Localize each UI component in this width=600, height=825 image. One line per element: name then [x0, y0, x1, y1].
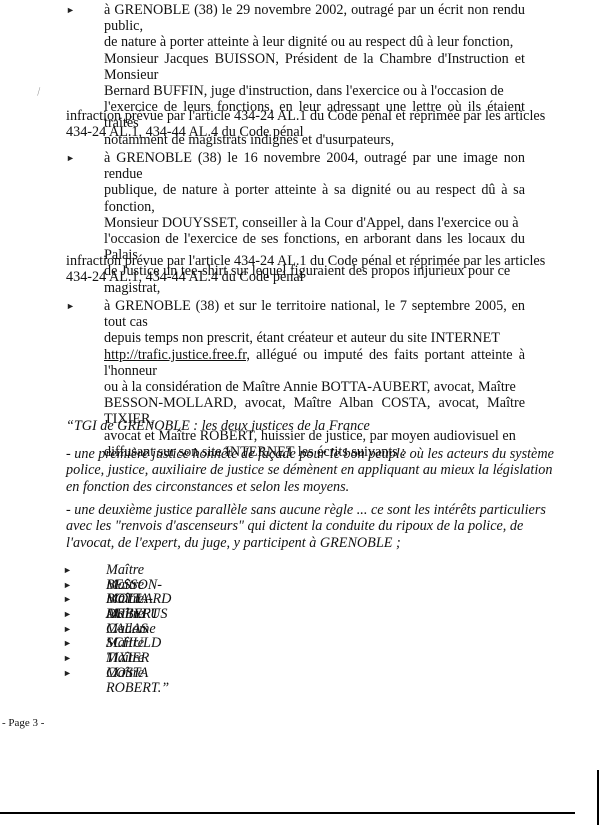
infraction-2-text: infraction prévue par l'article 434-24 A… — [66, 253, 545, 285]
quote-title: “TGI de GRENOBLE : les deux justices de … — [66, 418, 370, 434]
count-1-line: de nature à porter atteinte à leur digni… — [104, 34, 525, 50]
count-3-line: http://trafic.justice.free.fr, allégué o… — [104, 347, 525, 379]
infraction-2-line: infraction prévue par l'article 434-24 A… — [66, 253, 545, 269]
list-item: ►Maître TIXIER — [106, 636, 171, 651]
list-item: ►Maître COSTA — [106, 651, 171, 666]
count-1-line: Bernard BUFFIN, juge d'instruction, dans… — [104, 83, 525, 99]
infraction-1-line: infraction prévue par l'article 434-24 A… — [66, 108, 545, 124]
bullet-arrow-icon: ► — [63, 563, 72, 578]
count-2-line: à GRENOBLE (38) le 16 novembre 2004, out… — [104, 150, 525, 182]
bullet-arrow-icon: ► — [63, 592, 72, 607]
infraction-1-line: 434-24 AL.1, 434-44 AL.4 du Code pénal — [66, 124, 545, 140]
quote-paragraph-2: - une deuxième justice parallèle sans au… — [66, 502, 546, 551]
document-page: ► à GRENOBLE (38) le 29 novembre 2002, o… — [0, 0, 600, 825]
count-3-line: à GRENOBLE (38) et sur le territoire nat… — [104, 298, 525, 330]
quote-line: - une première justice honnête de façade… — [66, 446, 554, 462]
bullet-arrow-icon: ► — [66, 301, 75, 311]
count-1-line: à GRENOBLE (38) le 29 novembre 2002, out… — [104, 2, 525, 34]
infraction-2-line: 434-24 AL.1, 434-44 AL.4 du Code pénal — [66, 269, 545, 285]
list-item: ►Maître BESSON-MOLLARD — [106, 563, 171, 578]
bullet-arrow-icon: ► — [63, 666, 72, 681]
list-item-name: Maître ROBERT.” — [106, 665, 169, 696]
list-item: ►Maître DREYFUS — [106, 592, 171, 607]
quote-line: en fonction des circonstances et selon l… — [66, 479, 554, 495]
quote-line: l'avocat, de l'expert, du juge, y partic… — [66, 535, 546, 551]
bullet-arrow-icon: ► — [63, 636, 72, 651]
list-item: ►Maître ROBERT.” — [106, 666, 171, 681]
scan-artifact-mark: ⁄ — [36, 86, 42, 98]
list-item: ►Madame SCHULD — [106, 622, 171, 637]
page-number: - Page 3 - — [2, 717, 44, 729]
infraction-1-text: infraction prévue par l'article 434-24 A… — [66, 108, 545, 140]
count-3-line: depuis temps non prescrit, étant créateu… — [104, 330, 525, 346]
right-edge-divider — [597, 770, 599, 825]
bullet-arrow-icon: ► — [63, 607, 72, 622]
count-3-paragraph: à GRENOBLE (38) et sur le territoire nat… — [104, 298, 525, 460]
count-2-line: publique, de nature à porter atteinte à … — [104, 182, 525, 214]
list-item: ►Maître BOTTA-AUBERT — [106, 578, 171, 593]
bullet-arrow-icon: ► — [63, 578, 72, 593]
website-link[interactable]: http://trafic.justice.free.fr, — [104, 347, 250, 363]
quote-paragraph-1: - une première justice honnête de façade… — [66, 446, 554, 495]
list-item: ►Maître CALAS — [106, 607, 171, 622]
bullet-arrow-icon: ► — [66, 153, 75, 163]
quote-line: avec les "renvois d'ascenseurs" qui dict… — [66, 518, 546, 534]
bottom-rule-divider — [0, 812, 575, 814]
quote-line: police, justice, auxiliaire de justice s… — [66, 462, 554, 478]
quote-line: - une deuxième justice parallèle sans au… — [66, 502, 546, 518]
bullet-arrow-icon: ► — [63, 622, 72, 637]
bullet-arrow-icon: ► — [66, 5, 75, 15]
count-1-line: Monsieur Jacques BUISSON, Président de l… — [104, 51, 525, 83]
bullet-arrow-icon: ► — [63, 651, 72, 666]
count-3-line: ou à la considération de Maître Annie BO… — [104, 379, 525, 395]
count-2-line: Monsieur DOUYSSET, conseiller à la Cour … — [104, 215, 525, 231]
